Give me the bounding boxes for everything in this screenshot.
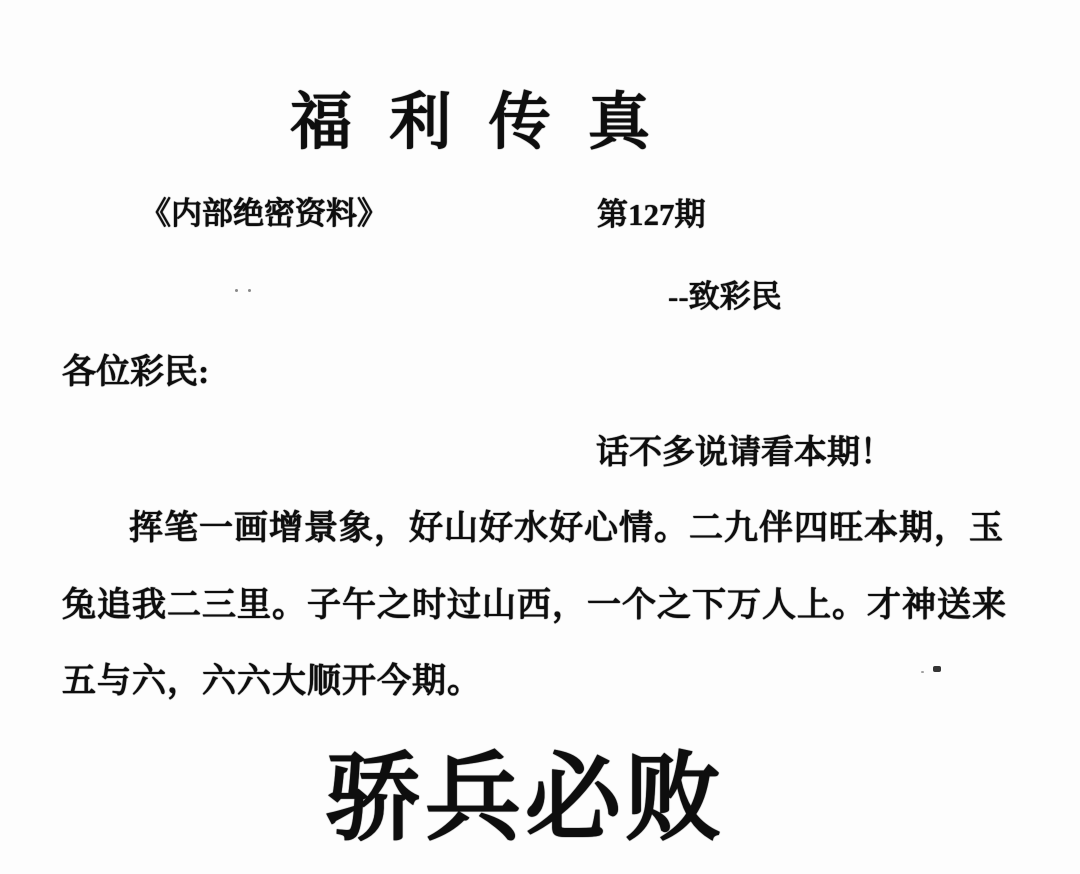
poem-line-2: 兔追我二三里。子午之时过山西，一个之下万人上。才神送来	[62, 577, 1007, 626]
poem-line-3: 五与六，六六大顺开今期。	[62, 653, 482, 702]
poem-line-1: 挥笔一画增景象，好山好水好心情。二九伴四旺本期，玉	[129, 500, 1004, 549]
dedication-line: --致彩民	[668, 271, 782, 316]
lead-in-line: 话不多说请看本期！	[596, 426, 893, 473]
salutation-line: 各位彩民:	[62, 344, 209, 393]
scan-speck	[921, 671, 924, 673]
classification-label: 《内部绝密资料》	[140, 188, 388, 233]
slogan-text: 骄兵必败	[0, 722, 1050, 859]
scan-speck	[933, 666, 941, 672]
scan-speck	[235, 289, 238, 292]
fax-document-page: 福 利 传 真 《内部绝密资料》 第127期 --致彩民 各位彩民: 话不多说请…	[0, 0, 1080, 874]
issue-number: 第127期	[597, 189, 706, 234]
document-title: 福 利 传 真	[0, 72, 950, 161]
scan-speck	[248, 289, 251, 292]
